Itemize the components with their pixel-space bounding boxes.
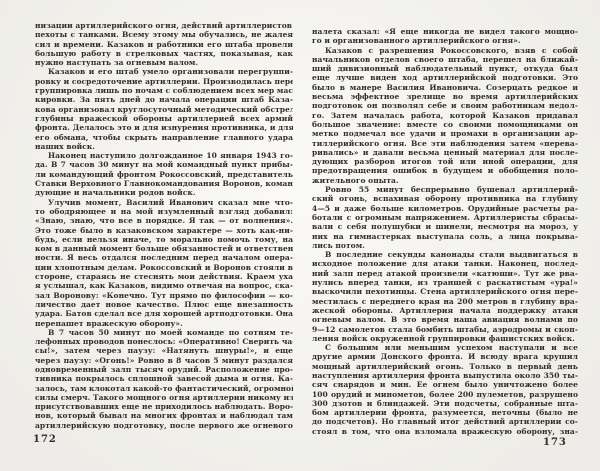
text-line: присутствовавших еще не приходилось набл…	[35, 402, 293, 411]
text-line: большое значение: вместе со своими помощ…	[312, 120, 578, 129]
text-line: ности. Я весь отдался последним перед на…	[35, 253, 293, 262]
text-line: дующие и начальники родов войск.	[35, 188, 293, 197]
text-line: ли командующий фронтом Рокоссовский, пре…	[35, 170, 293, 179]
text-line: да. В 7 часов 30 минут на мой командный …	[35, 160, 293, 169]
text-line: Ровно 55 минут беспрерывно бушевал артил…	[312, 185, 578, 194]
text-line: я услышал, как Казаков, видимо отвечая н…	[35, 281, 293, 290]
text-line: «Знаю, знаю, что все в порядке. Я так — …	[35, 216, 293, 225]
text-line: зал Воронову: «Конечно. Тут прямо по фил…	[35, 291, 293, 300]
text-line: Ставки Верховного Главнокомандования Вор…	[35, 179, 293, 188]
text-line: 9—12 самолетов стала бомбить штабы, аэро…	[312, 325, 578, 334]
text-line: лефонных проводов понеслось: «Оперативно…	[35, 337, 293, 346]
text-line: жеской обороны. Артиллерия начала поддер…	[312, 306, 578, 315]
text-line: удара. Батов сделал все для хорошей артп…	[35, 309, 293, 318]
text-line: перепашет вражескую оборону».	[35, 319, 293, 328]
text-line: через паузу: «Огонь!» Ровно в 8 часов 5 …	[35, 356, 293, 365]
text-line: С большим или меньшим успехом наступали …	[312, 343, 578, 352]
text-line: 100 орудий и минометов, более 200 пулеме…	[312, 390, 578, 399]
text-line: В 7 часов 50 минут по моей команде по со…	[35, 328, 293, 337]
text-line: ский огонь, вспахивая оборону противника…	[312, 194, 578, 203]
text-line: местилась с переднего края на 200 метров…	[312, 297, 578, 306]
text-line: стороне, стараясь не стеснять мои действ…	[35, 272, 293, 281]
text-line: было в манере Василия Ивановича. Созерца…	[312, 83, 578, 92]
text-line: тиллерийского огня. Все эти наблюдения з…	[312, 139, 578, 148]
text-line: ривались» и давали весьма ценный материа…	[312, 148, 578, 157]
text-line: фронта. Делалось это и для изнурения про…	[35, 123, 293, 132]
text-line: огневым валом. В это время наша авиация …	[312, 315, 578, 324]
text-line: сяч снарядов и мин. Ее огнем было уничто…	[312, 380, 578, 389]
text-line: наступления артиллерия фронта выпустила …	[312, 371, 578, 380]
text-line: кова организовал круглосуточный методиче…	[35, 105, 293, 114]
text-line: артиллерийскую подготовку, после первого…	[35, 421, 293, 430]
text-line: пехоты с танками. Всему этому мы обучали…	[35, 30, 293, 39]
book-spread: низации артиллерийского огня, действий а…	[0, 0, 600, 471]
text-line: метко подмечал все удачи и промахи в орг…	[312, 129, 578, 138]
text-line: то ободряющее и на мой изумленный взгляд…	[35, 207, 293, 216]
text-line: нулись вперед танки, из траншей с раскат…	[312, 278, 578, 287]
text-line: ботали с огромным напряжением. Артиллери…	[312, 213, 578, 222]
text-line: мощный артиллерийский огонь. Только в пе…	[312, 362, 578, 371]
text-line: личество дает новое качество. Плюс еще в…	[35, 300, 293, 309]
text-line: го. Затем началась работа, которой Казак…	[312, 111, 578, 120]
text-line: них на гимнастерках выступала соль, а ли…	[312, 232, 578, 241]
text-line: ления войск окруженной группировки фашис…	[312, 334, 578, 343]
text-line: низации артиллерийского огня, действий а…	[35, 21, 293, 30]
text-line: исходное положение для атаки танки. Нако…	[312, 259, 578, 268]
text-line: жительного опыта.	[312, 176, 578, 185]
text-line: лись потом.	[312, 241, 578, 250]
text-line: нов, который бывал на многих фронтах и н…	[35, 411, 293, 420]
text-line: 4—5 и даже больше километров. Орудийные …	[312, 204, 578, 213]
text-line: Наконец наступило долгожданное 10 января…	[35, 151, 293, 160]
text-line: группировка лишь по ночам с соблюдением …	[35, 86, 293, 95]
text-line: одновременный залп тысяч орудий. Располо…	[35, 365, 293, 374]
text-line: налета сказал: «Я еще никогда не видел т…	[312, 27, 578, 36]
text-line: ний залп перед атакой произвели «катюши»…	[312, 269, 578, 278]
text-line: стоял в том, что она взломала вражескую …	[312, 427, 578, 436]
right-page-text-column: налета сказал: «Я еще никогда не видел т…	[312, 27, 578, 436]
text-line: выскочили пехотинцы. Стена артиллерийско…	[312, 287, 578, 296]
text-line: подготовок он позволял себе и своим рабо…	[312, 101, 578, 110]
page-number-right: 173	[543, 437, 567, 448]
text-line: 300 дзотов и блиндажей. Эти подсчеты, со…	[312, 399, 578, 408]
text-line: начальников отделов своего штаба, переше…	[312, 55, 578, 64]
text-line: силы смерч. Такого мощного огня артиллер…	[35, 393, 293, 402]
text-line: го и организованного артиллерийского огн…	[312, 36, 578, 45]
text-line: сил и времени. Казаков и работники его ш…	[35, 40, 293, 49]
text-line: залось, там клокотал какой-то фантастиче…	[35, 384, 293, 393]
text-line: Казаков и его штаб умело организовали пе…	[35, 67, 293, 76]
text-line: предотвращения ошибок в будущем и обобще…	[312, 166, 578, 175]
text-line: ровку и сосредоточение артиллерии. Произ…	[35, 77, 293, 86]
text-line: ции хлопотным делам. Рокоссовский и Воро…	[35, 263, 293, 272]
text-line: будь, если нельзя иначе, то морально пом…	[35, 235, 293, 244]
text-line: В последние секунды канонады стали выдви…	[312, 250, 578, 259]
text-line: большую работу в стрелковых частях, пока…	[35, 49, 293, 58]
text-line: бом артиллерии фронта, разумеется, неточ…	[312, 408, 578, 417]
text-line: сы!», затем через паузу: «Натянуть шнуры…	[35, 346, 293, 355]
text-line: ком в данный момент больше обязанностей …	[35, 244, 293, 253]
text-line: тивника покрылось сплошной завесой дыма …	[35, 374, 293, 383]
text-line: Это тоже было в казаковском характере — …	[35, 226, 293, 235]
text-line: наших войск.	[35, 142, 293, 151]
text-line: кировки. За пять дней до начала операции…	[35, 95, 293, 104]
text-line: другие армии Донского фронта. И всюду вр…	[312, 352, 578, 361]
text-line: весьма эффектное зрелище во время артилл…	[312, 92, 578, 101]
text-line: еще лучше виден ход артиллерийской подго…	[312, 73, 578, 82]
text-line: ший дивизионный наблюдательный пункт, от…	[312, 64, 578, 73]
text-line: вали с себя полушубки и шинели, несмотря…	[312, 222, 578, 231]
text-line: нужно наступать за огневым валом.	[35, 58, 293, 67]
text-line: глубины вражеской обороны артиллерией вс…	[35, 114, 293, 123]
page-number-left: 172	[33, 434, 57, 445]
text-line: Улучив момент, Василий Иванович сказал м…	[35, 198, 293, 207]
text-line: дующих разборов итогов той или иной опер…	[312, 157, 578, 166]
text-line: его обмана, чтобы скрыть направление гла…	[35, 133, 293, 142]
text-line: Казаков с разрешения Рокоссовского, взяв…	[312, 46, 578, 55]
text-line: до подсчетов). Но главный итог действий …	[312, 417, 578, 426]
left-page-text-column: низации артиллерийского огня, действий а…	[35, 21, 293, 430]
